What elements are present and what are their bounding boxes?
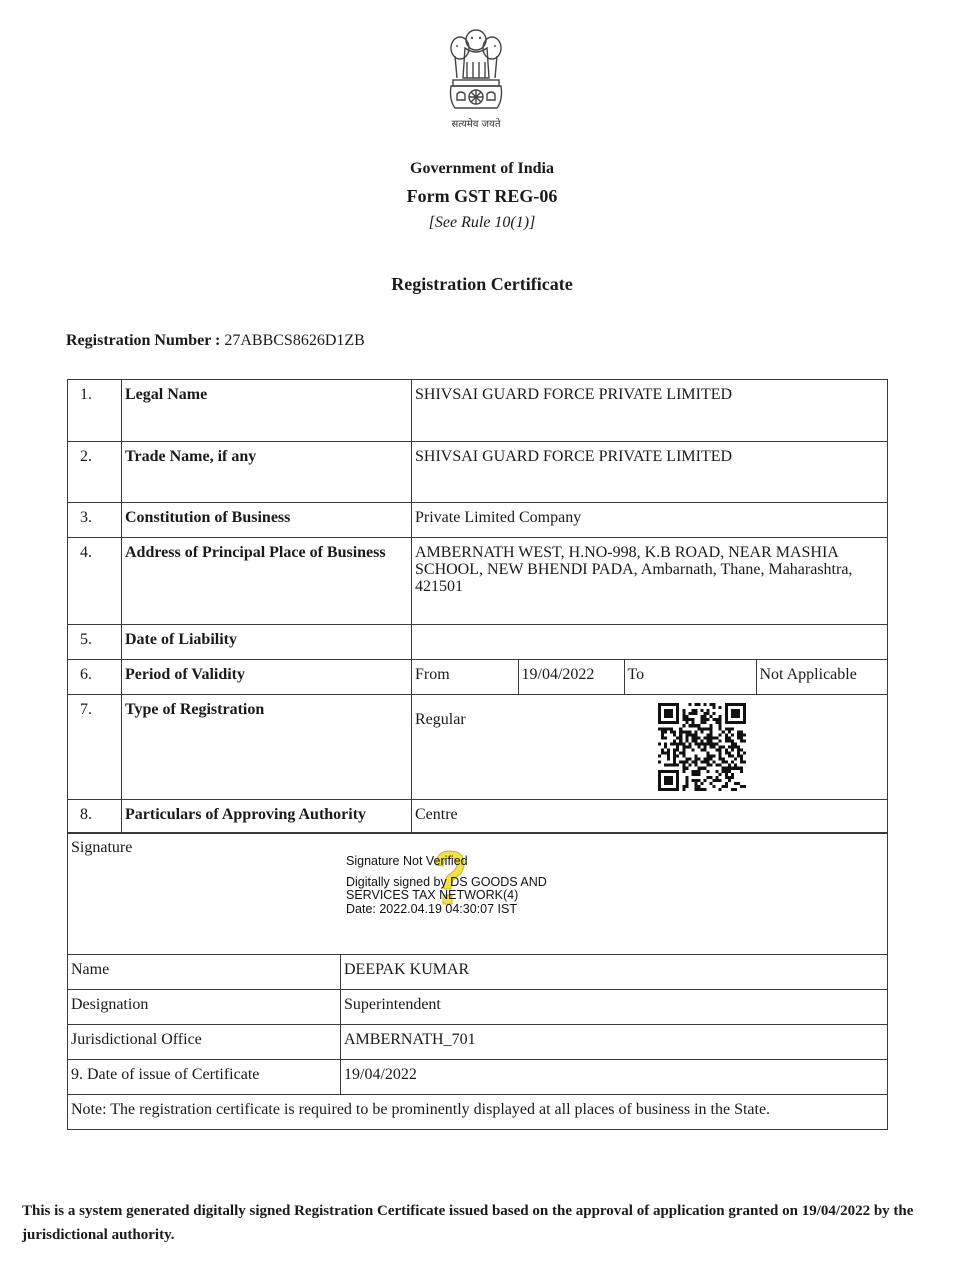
signature-date: Date: 2022.04.19 04:30:07 IST	[346, 903, 547, 917]
table-row: 3. Constitution of Business Private Limi…	[68, 503, 888, 538]
signature-table: Signature Signature Not Verified Digital…	[67, 832, 888, 1130]
validity-to-label: To	[624, 660, 756, 694]
field-value-address: AMBERNATH WEST, H.NO-998, K.B ROAD, NEAR…	[412, 538, 888, 625]
field-value-constitution: Private Limited Company	[412, 503, 888, 538]
row-number: 5.	[68, 625, 122, 660]
validity-from-label: From	[412, 660, 518, 694]
rule-reference: [See Rule 10(1)]	[0, 214, 964, 232]
designation-label: Designation	[68, 990, 341, 1025]
field-label-period-of-validity: Period of Validity	[122, 660, 412, 695]
registration-number: Registration Number : 27ABBCS8626D1ZB	[66, 332, 365, 350]
qr-code-icon	[658, 703, 746, 791]
validity-to-date: Not Applicable	[756, 660, 887, 694]
field-label-legal-name: Legal Name	[122, 380, 412, 442]
row-number: 6.	[68, 660, 122, 695]
type-of-registration-cell: Regular	[412, 695, 888, 800]
row-number: 8.	[68, 800, 122, 834]
field-value-legal-name: SHIVSAI GUARD FORCE PRIVATE LIMITED	[412, 380, 888, 442]
field-label-date-of-liability: Date of Liability	[122, 625, 412, 660]
display-note: Note: The registration certificate is re…	[68, 1095, 888, 1130]
issue-date-label: 9. Date of issue of Certificate	[68, 1060, 341, 1095]
signature-status: Signature Not Verified	[346, 855, 547, 869]
table-row: 9. Date of issue of Certificate 19/04/20…	[68, 1060, 888, 1095]
row-number: 2.	[68, 442, 122, 503]
row-number: 3.	[68, 503, 122, 538]
designation-value: Superintendent	[341, 990, 888, 1025]
signature-row: Signature Signature Not Verified Digital…	[68, 833, 888, 955]
table-row: Jurisdictional Office AMBERNATH_701	[68, 1025, 888, 1060]
note-row: Note: The registration certificate is re…	[68, 1095, 888, 1130]
field-value-approving-authority: Centre	[412, 800, 888, 834]
table-row: 4. Address of Principal Place of Busines…	[68, 538, 888, 625]
digital-signature-block: Signature Not Verified Digitally signed …	[346, 855, 547, 916]
officer-name-value: DEEPAK KUMAR	[341, 955, 888, 990]
signature-cell: Signature Signature Not Verified Digital…	[68, 833, 888, 955]
details-table: 1. Legal Name SHIVSAI GUARD FORCE PRIVAT…	[67, 379, 888, 834]
table-row: 2. Trade Name, if any SHIVSAI GUARD FORC…	[68, 442, 888, 503]
certificate-title: Registration Certificate	[0, 274, 964, 295]
table-row: 6. Period of Validity From 19/04/2022 To…	[68, 660, 888, 695]
field-value-trade-name: SHIVSAI GUARD FORCE PRIVATE LIMITED	[412, 442, 888, 503]
table-row: 7. Type of Registration Regular	[68, 695, 888, 800]
field-label-constitution: Constitution of Business	[122, 503, 412, 538]
row-number: 4.	[68, 538, 122, 625]
signed-by-line-1: Digitally signed by DS GOODS AND	[346, 876, 547, 890]
table-row: 5. Date of Liability	[68, 625, 888, 660]
validity-cell: From 19/04/2022 To Not Applicable	[412, 660, 888, 695]
field-value-type-of-registration: Regular	[415, 711, 466, 728]
signed-by-line-2: SERVICES TAX NETWORK(4)	[346, 889, 547, 903]
registration-number-label: Registration Number :	[66, 332, 220, 349]
form-title: Form GST REG-06	[0, 186, 964, 207]
national-emblem: सत्यमेव जयते	[436, 26, 516, 136]
table-row: 8. Particulars of Approving Authority Ce…	[68, 800, 888, 834]
motto: सत्यमेव जयते	[436, 116, 516, 130]
jurisdictional-office-label: Jurisdictional Office	[68, 1025, 341, 1060]
field-value-date-of-liability	[412, 625, 888, 660]
issue-date-value: 19/04/2022	[341, 1060, 888, 1095]
government-heading: Government of India	[0, 160, 964, 178]
signature-label: Signature	[71, 839, 132, 856]
field-label-approving-authority: Particulars of Approving Authority	[122, 800, 412, 834]
validity-table: From 19/04/2022 To Not Applicable	[412, 660, 887, 694]
field-label-trade-name: Trade Name, if any	[122, 442, 412, 503]
table-row: Designation Superintendent	[68, 990, 888, 1025]
jurisdictional-office-value: AMBERNATH_701	[341, 1025, 888, 1060]
footer-statement: This is a system generated digitally sig…	[22, 1199, 942, 1247]
national-emblem-icon	[445, 26, 507, 114]
row-number: 1.	[68, 380, 122, 442]
officer-name-label: Name	[68, 955, 341, 990]
validity-from-date: 19/04/2022	[518, 660, 624, 694]
table-row: 1. Legal Name SHIVSAI GUARD FORCE PRIVAT…	[68, 380, 888, 442]
registration-number-value: 27ABBCS8626D1ZB	[224, 332, 364, 349]
table-row: Name DEEPAK KUMAR	[68, 955, 888, 990]
field-label-address: Address of Principal Place of Business	[122, 538, 412, 625]
field-label-type-of-registration: Type of Registration	[122, 695, 412, 800]
row-number: 7.	[68, 695, 122, 800]
